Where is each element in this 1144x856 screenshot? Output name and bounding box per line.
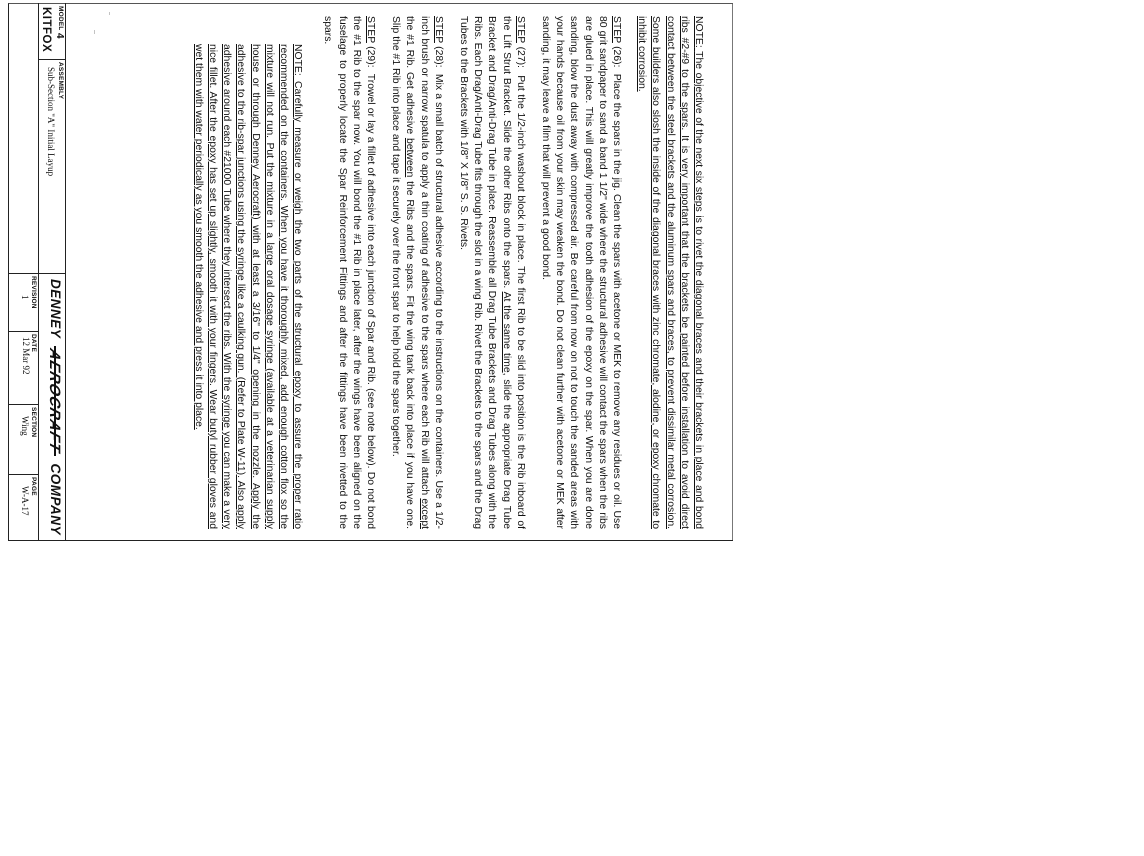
title-block: MODEL 4 KITFOX ASSEMBLY Sub-Section "A" …: [8, 3, 66, 541]
aerocraft-logo-icon: AEROCRAFT: [48, 342, 63, 460]
blank-cell: [8, 3, 38, 274]
assembly-value: Sub-Section "A" Initial Layup: [46, 67, 56, 176]
step-number: (28):: [433, 46, 444, 67]
note-rivet-objective: NOTE: The objective of the next six step…: [634, 16, 705, 529]
company-name-left: DENNEY: [48, 279, 63, 338]
note-text: The objective of the next six steps is t…: [636, 16, 704, 529]
step-27: STEP (27): Put the 1/2-inch washout bloc…: [456, 16, 527, 529]
note-label: NOTE:: [693, 16, 704, 48]
company-cell: DENNEY AEROCRAFT COMPANY: [39, 273, 65, 541]
step-number: (27):: [515, 47, 526, 68]
page-cell: PAGE W-A-17: [8, 474, 38, 541]
step-label: STEP: [433, 16, 444, 43]
model-number: 4: [54, 33, 65, 39]
company-name-right: COMPANY: [48, 463, 63, 535]
step-28: STEP (28): Mix a small batch of structur…: [388, 16, 445, 529]
step-emphasis: except: [419, 498, 430, 529]
step-emphasis: between: [404, 138, 415, 177]
model-cell: MODEL 4 KITFOX: [39, 3, 65, 60]
note-label: NOTE:: [292, 44, 303, 76]
step-label: STEP: [365, 16, 376, 43]
step-text: the #1 Rib. Get adhesive: [404, 16, 415, 138]
step-26: STEP (26): Place the spars in the jig. C…: [538, 16, 623, 529]
scan-speck: [109, 12, 110, 15]
step-label: STEP: [515, 16, 526, 43]
note-epoxy-fillet: NOTE: Carefully measure or weigh the two…: [191, 16, 305, 529]
model-label: MODEL: [57, 6, 64, 30]
page-label: PAGE: [30, 477, 37, 496]
title-block-bottom-row: REVISION 1 DATE 12 Mar 92 SECTION Wing P…: [8, 3, 38, 541]
assembly-label: ASSEMBLY: [57, 62, 64, 99]
step-29: STEP (29): Trowel or lay a fillet of adh…: [320, 16, 377, 529]
step-text: Mix a small batch of structural adhesive…: [419, 16, 444, 529]
step-number: (29):: [365, 46, 376, 67]
date-value: 12 Mar 92: [21, 337, 31, 375]
step-number: (26):: [611, 46, 622, 67]
section-value: Wing: [20, 416, 30, 436]
revision-value: 1: [20, 295, 30, 300]
revision-label: REVISION: [30, 276, 37, 309]
assembly-cell: ASSEMBLY Sub-Section "A" Initial Layup: [39, 59, 65, 274]
section-cell: SECTION Wing: [8, 404, 38, 475]
step-text: Place the spars in the jig. Clean the sp…: [540, 16, 622, 529]
date-cell: DATE 12 Mar 92: [8, 331, 38, 405]
step-text: Trowel or lay a fillet of adhesive into …: [322, 16, 376, 529]
date-label: DATE: [30, 334, 37, 352]
model-name: KITFOX: [40, 7, 52, 52]
step-emphasis: At the same time: [501, 292, 512, 373]
revision-cell: REVISION 1: [8, 273, 38, 332]
document-body: NOTE: The objective of the next six step…: [180, 16, 706, 529]
company-logo: DENNEY AEROCRAFT COMPANY: [48, 273, 63, 541]
scanned-page: NOTE: The objective of the next six step…: [0, 0, 735, 545]
page-value: W-A-17: [20, 486, 30, 516]
note-text: Carefully measure or weigh the two parts…: [193, 44, 303, 529]
title-block-top-row: MODEL 4 KITFOX ASSEMBLY Sub-Section "A" …: [38, 3, 65, 541]
section-label: SECTION: [30, 407, 37, 437]
scan-speck: [94, 30, 95, 34]
step-label: STEP: [611, 16, 622, 43]
